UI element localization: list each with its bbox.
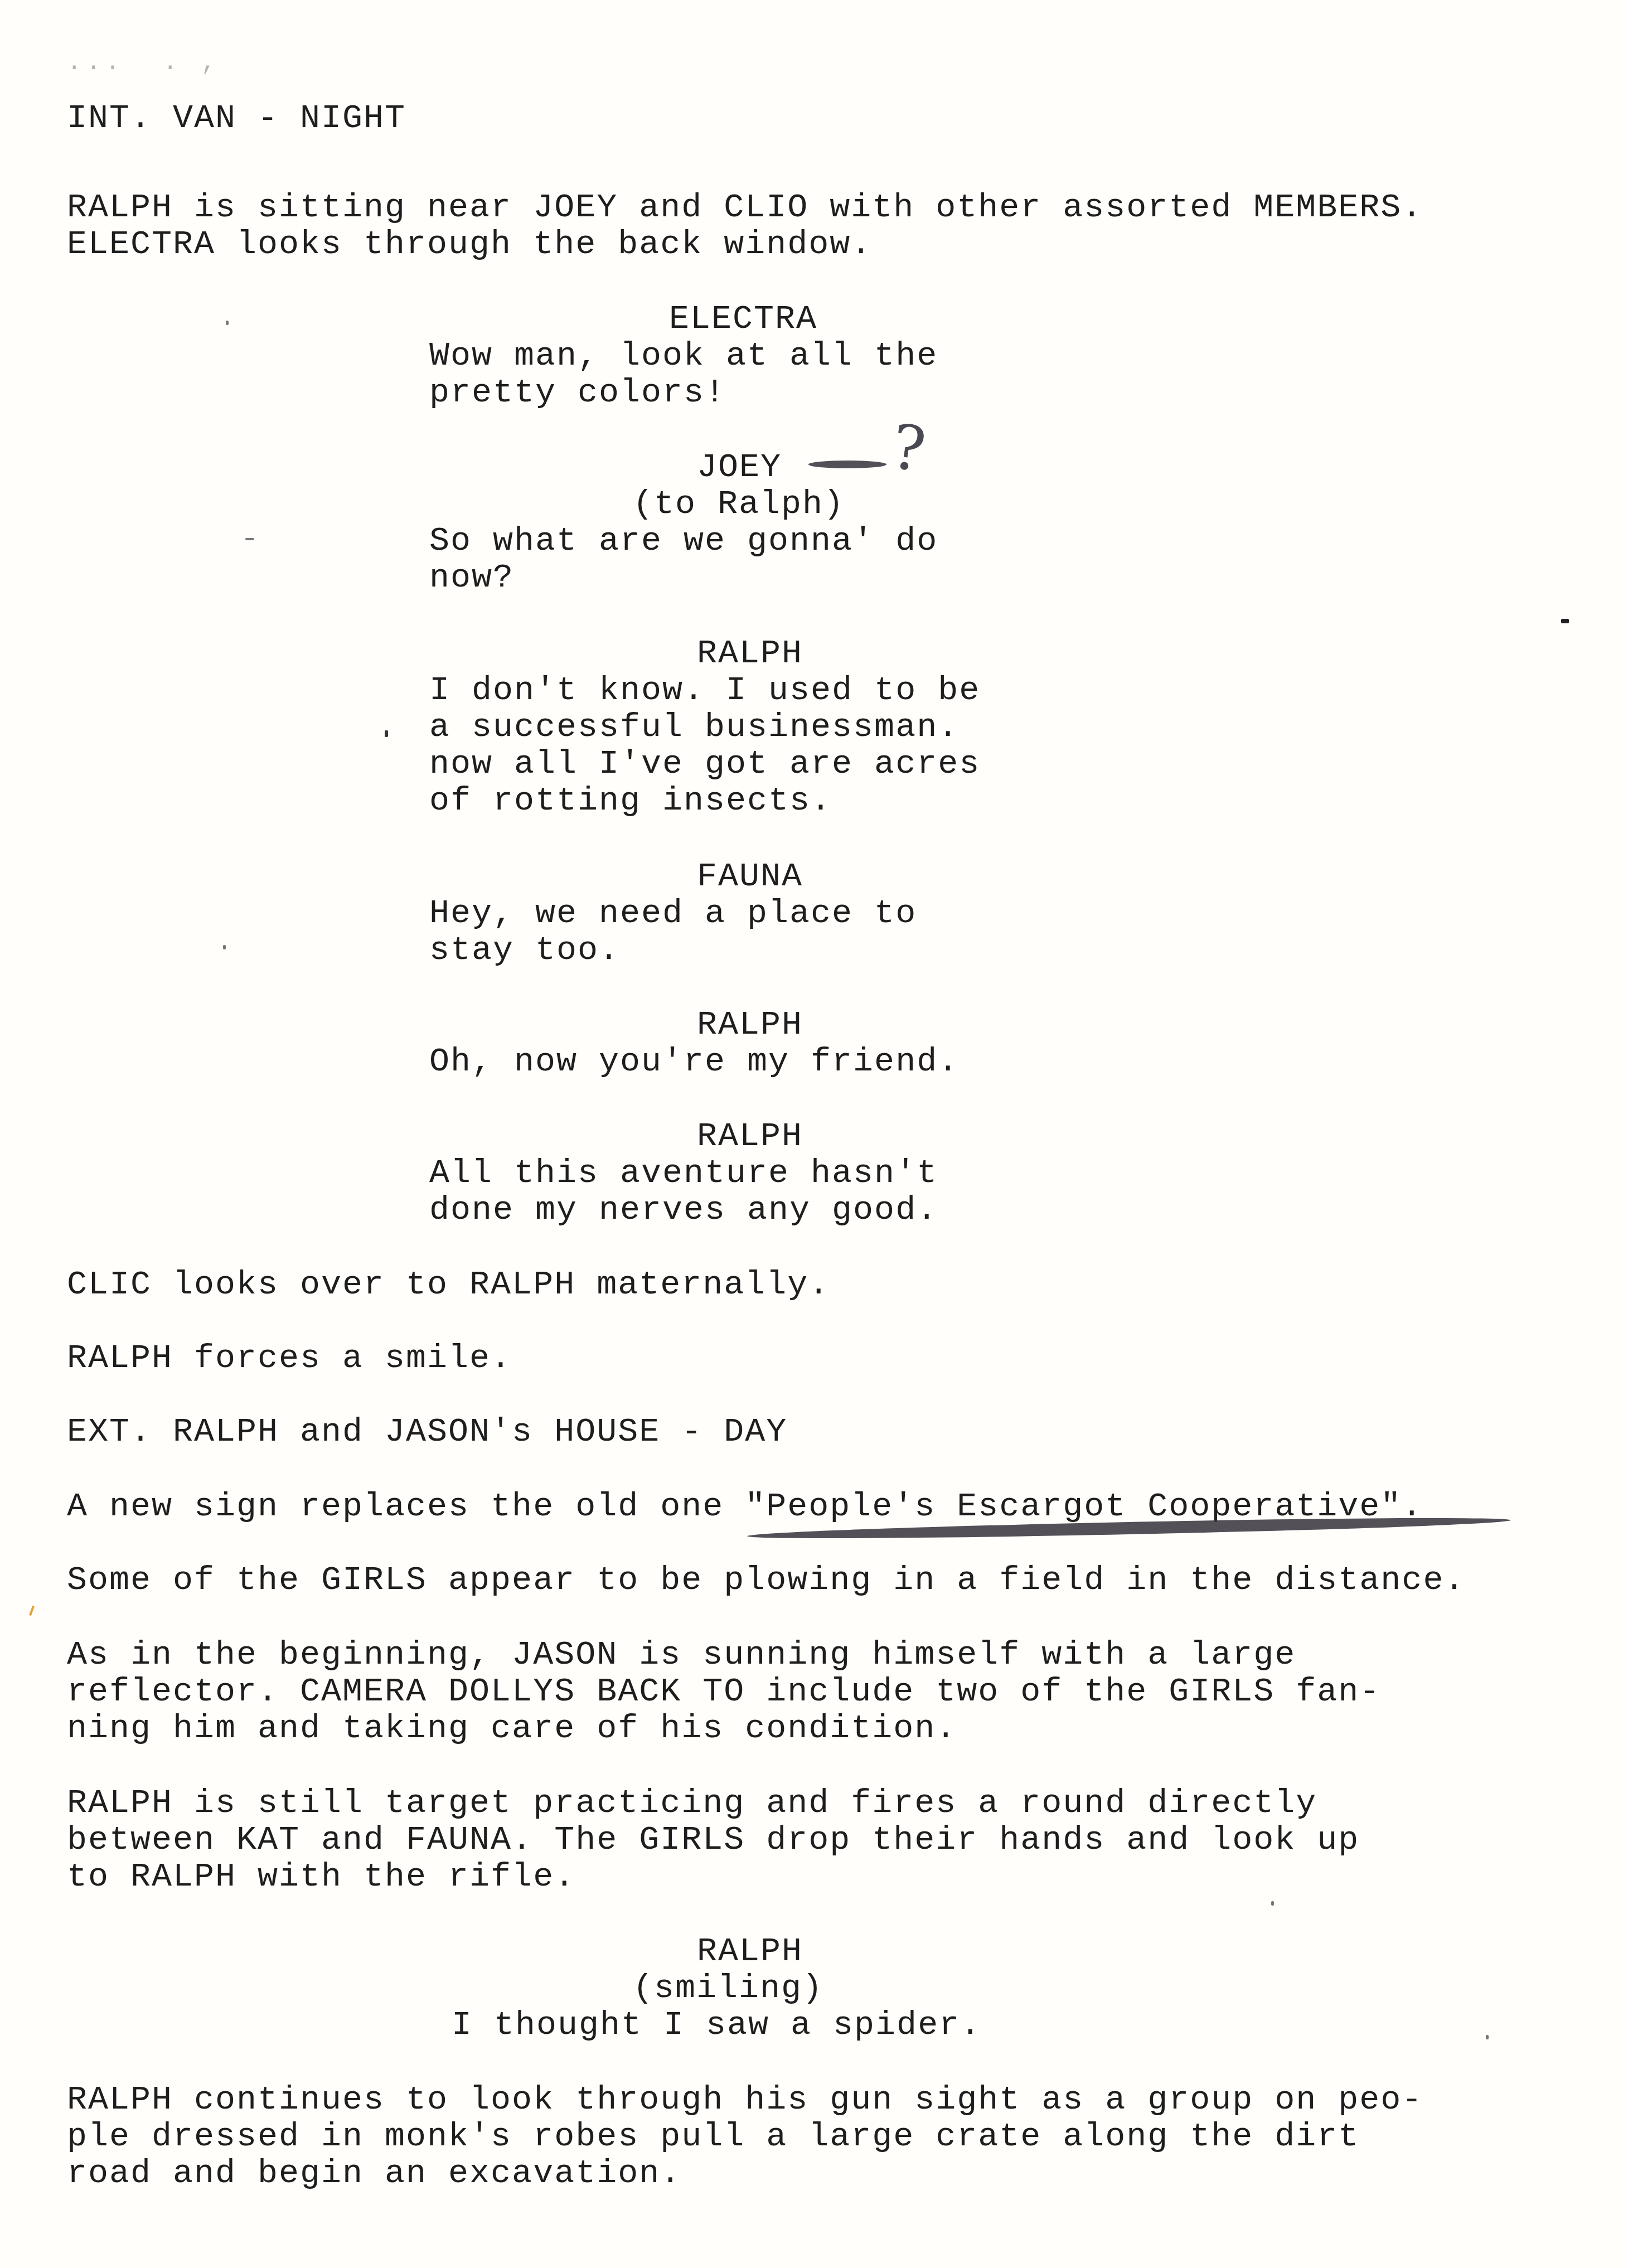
dialogue-line: now? — [429, 560, 514, 597]
ink-speck — [1486, 2035, 1489, 2039]
action-line: road and begin an excavation. — [67, 2155, 681, 2192]
ink-speck — [1271, 1901, 1274, 1906]
dialogue-line: of rotting insects. — [429, 783, 832, 820]
dialogue-line: I don't know. I used to be — [429, 672, 980, 709]
ink-speck — [245, 538, 254, 540]
ink-speck — [385, 730, 388, 737]
dialogue-line: done my nerves any good. — [429, 1192, 938, 1229]
character-name: FAUNA — [697, 859, 803, 895]
action-line: Some of the GIRLS appear to be plowing i… — [67, 1562, 1465, 1599]
parenthetical: (smiling) — [633, 1970, 823, 2007]
handwritten-pen-stroke — [808, 461, 886, 468]
character-name: ELECTRA — [669, 301, 817, 338]
dialogue-line: pretty colors! — [429, 375, 726, 411]
ink-speck — [223, 945, 226, 949]
dialogue-line: I thought I saw a spider. — [452, 2007, 981, 2044]
character-name: RALPH — [697, 1007, 803, 1044]
dialogue-line: stay too. — [429, 932, 620, 969]
action-line: RALPH continues to look through his gun … — [67, 2082, 1423, 2119]
action-line: CLIC looks over to RALPH maternally. — [67, 1267, 830, 1303]
parenthetical: (to Ralph) — [633, 486, 845, 523]
dialogue-line: Oh, now you're my friend. — [429, 1044, 959, 1080]
action-line: ning him and taking care of his conditio… — [67, 1710, 957, 1747]
scene-heading: INT. VAN - NIGHT — [67, 100, 406, 137]
ink-speck — [1561, 619, 1569, 623]
action-line: ELECTRA looks through the back window. — [67, 226, 872, 263]
dialogue-line: now all I've got are acres — [429, 746, 980, 783]
character-name: RALPH — [697, 636, 803, 672]
paper-mark — [29, 1606, 35, 1616]
action-line: between KAT and FAUNA. The GIRLS drop th… — [67, 1822, 1359, 1859]
character-name: RALPH — [697, 1933, 803, 1970]
scene-heading: EXT. RALPH and JASON's HOUSE - DAY — [67, 1414, 787, 1451]
dialogue-line: All this aventure hasn't — [429, 1155, 938, 1192]
dialogue-line: Wow man, look at all the — [429, 338, 938, 375]
character-name: RALPH — [697, 1118, 803, 1155]
script-page: ... . , INT. VAN - NIGHT RALPH is sittin… — [0, 0, 1628, 2268]
action-line: ple dressed in monk's robes pull a large… — [67, 2119, 1359, 2155]
action-line: reflector. CAMERA DOLLYS BACK TO include… — [67, 1674, 1380, 1710]
character-name: JOEY — [697, 449, 782, 486]
action-line: As in the beginning, JASON is sunning hi… — [67, 1637, 1296, 1674]
dialogue-line: Hey, we need a place to — [429, 895, 917, 932]
action-line: RALPH is sitting near JOEY and CLIO with… — [67, 190, 1423, 226]
dialogue-line: So what are we gonna' do — [429, 523, 938, 560]
action-line: to RALPH with the rifle. — [67, 1859, 575, 1896]
page-number-smudge: ... . , — [67, 49, 220, 77]
action-line: RALPH is still target practicing and fir… — [67, 1785, 1317, 1822]
dialogue-line: a successful businessman. — [429, 709, 959, 746]
action-line: RALPH forces a smile. — [67, 1340, 512, 1377]
ink-speck — [226, 321, 229, 325]
handwritten-question-mark: ? — [887, 411, 929, 486]
